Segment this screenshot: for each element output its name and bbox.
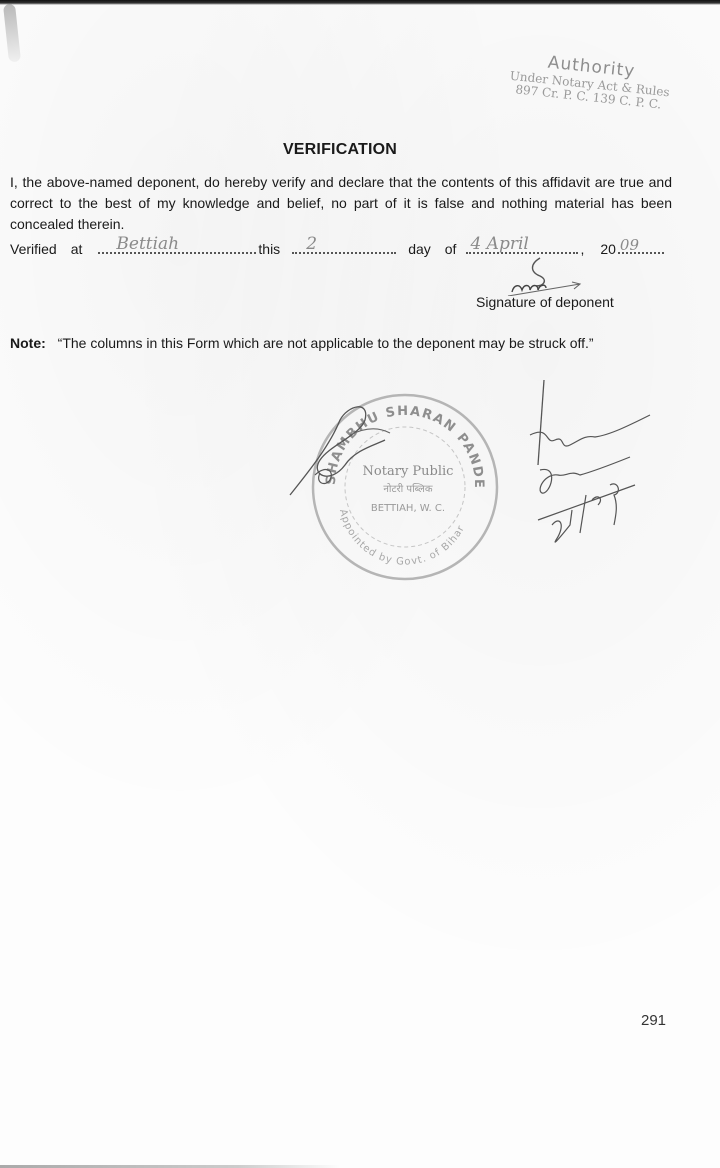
scan-top-edge — [0, 0, 720, 5]
page-title: VERIFICATION — [0, 141, 680, 159]
svg-text:Appointed by Govt. of Bihar: Appointed by Govt. of Bihar — [337, 508, 467, 568]
month-field: 4 April — [466, 240, 578, 254]
year-field: 09 — [618, 240, 664, 254]
seal-bottom-text: Appointed by Govt. of Bihar — [337, 508, 467, 568]
day-field: 2 — [292, 240, 396, 254]
page-number: 291 — [641, 1012, 666, 1029]
seal-place: BETTIAH, W. C. — [371, 503, 445, 514]
place-handwritten: Bettiah — [116, 234, 179, 254]
label-of: of — [445, 241, 457, 257]
label-verified: Verified — [10, 241, 57, 257]
label-at: at — [71, 241, 83, 257]
seal-hindi: नोटरी पब्लिक — [383, 483, 433, 495]
verified-line: Verified at Bettiah this 2 day of 4 Apri… — [10, 240, 672, 257]
note-text: “The columns in this Form which are not … — [58, 335, 594, 351]
label-day: day — [408, 241, 431, 257]
year-prefix: 20 — [600, 241, 616, 257]
label-this: this — [258, 241, 280, 257]
note: Note: “The columns in this Form which ar… — [10, 335, 594, 351]
notary-seal: SHAMBHU SHARAN PANDEY Appointed by Govt.… — [280, 375, 520, 585]
deponent-signature — [500, 256, 590, 296]
verification-paragraph: I, the above-named deponent, do hereby v… — [10, 172, 672, 235]
day-handwritten: 2 — [306, 234, 317, 254]
comma: , — [580, 241, 584, 257]
place-field: Bettiah — [98, 240, 256, 254]
seal-title: Notary Public — [363, 464, 454, 479]
note-label: Note: — [10, 335, 46, 351]
year-handwritten: 09 — [620, 236, 639, 254]
signature-label: Signature of deponent — [476, 294, 614, 310]
month-handwritten: 4 April — [470, 234, 528, 254]
officer-signature — [500, 375, 660, 555]
